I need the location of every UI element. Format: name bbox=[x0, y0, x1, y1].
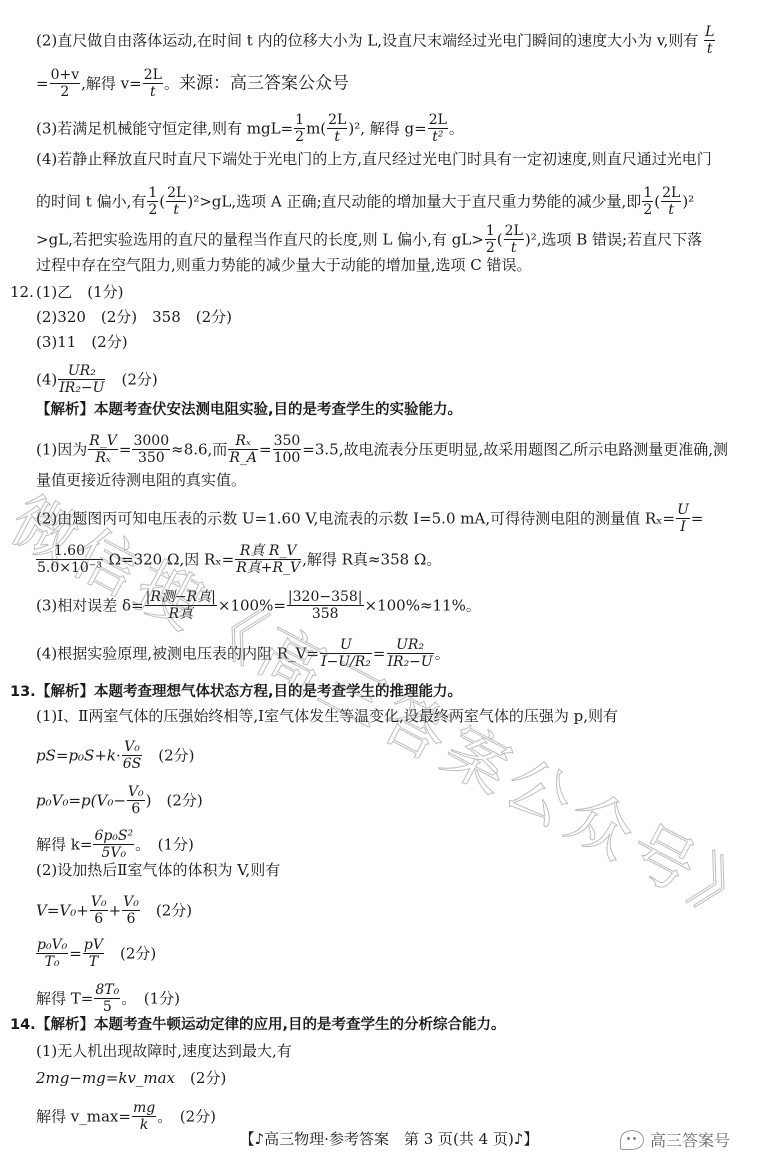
wechat-icon bbox=[620, 1130, 644, 1150]
q11-part4-line2: 的时间 t 偏小,有12(2Lt)²>gL,选项 A 正确;直尺动能的增加量大于… bbox=[36, 186, 694, 219]
fraction: UR₂IR₂−U bbox=[387, 637, 434, 670]
fraction: 6p₀S²5V₀ bbox=[93, 828, 134, 861]
fraction: 2Lt² bbox=[428, 112, 448, 145]
fraction: pVT bbox=[83, 937, 104, 970]
score: (1分) bbox=[144, 990, 180, 1008]
text: (2)直尺做自由落体运动,在时间 t 内的位移大小为 L,设直尺末端经过光电门瞬… bbox=[36, 32, 698, 50]
q13-eq1: pS=p₀S+k·V₀6S (2分) bbox=[36, 740, 195, 773]
fraction: 0+v2 bbox=[50, 67, 81, 100]
account-logo: 高三答案号 bbox=[620, 1128, 730, 1151]
fraction: |R测−R真|R真 bbox=[145, 589, 217, 622]
text: ,选项 B 错误;若直尺下落 bbox=[537, 231, 702, 249]
q11-part4-line4: 过程中存在空气阻力,则重力势能的减少量大于动能的增加量,选项 C 错误。 bbox=[36, 255, 532, 275]
q14-part1: (1)无人机出现故障时,速度达到最大,有 bbox=[36, 1041, 292, 1061]
score: (2分) bbox=[158, 747, 194, 765]
q13-eq2: p₀V₀=p(V₀−V₀6) (2分) bbox=[36, 785, 203, 818]
logo-text: 高三答案号 bbox=[650, 1128, 730, 1151]
fraction: 1.605.0×10⁻³ bbox=[36, 543, 103, 576]
fraction: |320−358|358 bbox=[287, 589, 364, 622]
q12-step2: (2)由题图丙可知电压表的示数 U=1.60 V,电流表的示数 I=5.0 mA… bbox=[36, 503, 703, 536]
text: 的时间 t 偏小,有 bbox=[36, 193, 146, 211]
q12-answer-3: (3)11 (2分) bbox=[36, 332, 128, 352]
q11-part4-line3: >gL,若把实验选用的直尺的量程当作直尺的长度,则 L 偏小,有 gL>12(2… bbox=[36, 224, 702, 257]
q13-eq6: 解得 T=8T₀5。 (1分) bbox=[36, 983, 180, 1016]
score: (1分) bbox=[158, 836, 194, 854]
fraction: V₀6S bbox=[122, 739, 143, 772]
text: (3)若满足机械能守恒定律,则有 mgL= bbox=[36, 120, 293, 138]
fraction: 12 bbox=[485, 223, 496, 256]
text: >gL,选项 A 正确;直尺动能的增加量大于直尺重力势能的减少量,即 bbox=[199, 193, 641, 211]
q13-part1: (1)Ⅰ、Ⅱ两室气体的压强始终相等,Ⅰ室气体发生等温变化,设最终两室气体的压强为… bbox=[36, 706, 618, 726]
q13-analysis-heading: 【解析】本题考查理想气体状态方程,目的是考查学生的推理能力。 bbox=[36, 682, 462, 702]
q12-step2-line2: 1.605.0×10⁻³ Ω=320 Ω,因 Rₓ=R真 R_VR真+R_V,解… bbox=[36, 544, 441, 577]
q12-step3: (3)相对误差 δ=|R测−R真|R真×100%=|320−358|358×10… bbox=[36, 590, 481, 623]
q11-part2-line1: (2)直尺做自由落体运动,在时间 t 内的位移大小为 L,设直尺末端经过光电门瞬… bbox=[36, 25, 716, 58]
fraction: V₀6 bbox=[127, 784, 145, 817]
text: 过程中存在空气阻力,则重力势能的减少量大于动能的增加量,选项 C 错误。 bbox=[36, 256, 532, 274]
fraction: V₀6 bbox=[122, 894, 140, 927]
q13-number: 13. bbox=[10, 682, 36, 702]
q13-eq3: 解得 k=6p₀S²5V₀。 (1分) bbox=[36, 829, 194, 862]
q13-eq4: V=V₀+V₀6+V₀6 (2分) bbox=[36, 895, 192, 928]
source-note: 来源：高三答案公众号 bbox=[179, 74, 349, 94]
q12-step1: (1)因为R_VRₓ=3000350≈8.6,而RₓR_A=350100=3.5… bbox=[36, 434, 728, 467]
score: (2分) bbox=[190, 1069, 226, 1087]
text: (4) bbox=[36, 371, 57, 389]
fraction: 2Lt bbox=[166, 185, 186, 218]
fraction: 2Lt bbox=[661, 185, 681, 218]
q12-step1-line2: 量值更接近待测电阻的真实值。 bbox=[36, 470, 246, 490]
q12-step4: (4)根据实验原理,被测电压表的内阻 R_V=UI−U/R₂=UR₂IR₂−U。 bbox=[36, 638, 450, 671]
text: m( bbox=[306, 120, 326, 138]
q11-part4-line1: (4)若静止释放直尺时直尺下端处于光电门的上方,直尺经过光电门时具有一定初速度,… bbox=[36, 149, 712, 169]
score: (2分) bbox=[121, 371, 157, 389]
text: 。 bbox=[164, 75, 179, 93]
q11-part2-line2: =0+v2,解得 v=2Lt。来源：高三答案公众号 bbox=[36, 68, 349, 101]
q14-analysis-heading: 【解析】本题考查牛顿运动定律的应用,目的是考查学生的分析综合能力。 bbox=[36, 1015, 506, 1035]
fraction: 8T₀5 bbox=[94, 982, 120, 1015]
fraction: 12 bbox=[294, 112, 305, 145]
text: = bbox=[36, 75, 49, 93]
score: (2分) bbox=[167, 792, 203, 810]
score: (2分) bbox=[156, 902, 192, 920]
q14-eq1: 2mg−mg=kv_max (2分) bbox=[36, 1068, 226, 1088]
score: (2分) bbox=[180, 1108, 216, 1126]
fraction: 2Lt bbox=[504, 223, 524, 256]
q12-answer-4: (4)UR₂IR₂−U (2分) bbox=[36, 364, 158, 397]
fraction: UR₂IR₂−U bbox=[58, 363, 105, 396]
fraction: R真 R_VR真+R_V bbox=[235, 543, 301, 576]
fraction: UI−U/R₂ bbox=[320, 637, 372, 670]
fraction: UI bbox=[676, 502, 690, 535]
fraction: Lt bbox=[704, 24, 715, 57]
text: )², 解得 g= bbox=[348, 120, 426, 138]
fraction: 350100 bbox=[273, 433, 302, 466]
text: 。 bbox=[449, 120, 464, 138]
q13-part2: (2)设加热后Ⅱ室气体的体积为 V,则有 bbox=[36, 860, 280, 880]
fraction: V₀6 bbox=[90, 894, 108, 927]
q14-number: 14. bbox=[10, 1015, 36, 1035]
fraction: 12 bbox=[642, 185, 653, 218]
text: ,解得 v= bbox=[81, 75, 142, 93]
q11-part3: (3)若满足机械能守恒定律,则有 mgL=12m(2Lt)², 解得 g=2Lt… bbox=[36, 113, 464, 146]
fraction: 3000350 bbox=[132, 433, 170, 466]
q12-number: 12. bbox=[10, 282, 34, 302]
q12-answer-1: (1)乙 (1分) bbox=[36, 282, 124, 302]
q13-eq5: p₀V₀T₀=pVT (2分) bbox=[36, 938, 156, 971]
fraction: 12 bbox=[147, 185, 158, 218]
fraction: p₀V₀T₀ bbox=[36, 937, 68, 970]
fraction: 2Lt bbox=[327, 112, 347, 145]
fraction: 2Lt bbox=[143, 67, 163, 100]
fraction: RₓR_A bbox=[228, 433, 258, 466]
fraction: R_VRₓ bbox=[88, 433, 118, 466]
q12-analysis-heading: 【解析】本题考查伏安法测电阻实验,目的是考查学生的实验能力。 bbox=[36, 400, 462, 420]
text: (4)若静止释放直尺时直尺下端处于光电门的上方,直尺经过光电门时具有一定初速度,… bbox=[36, 150, 712, 168]
q12-answer-2: (2)320 (2分) 358 (2分) bbox=[36, 307, 232, 327]
text: >gL,若把实验选用的直尺的量程当作直尺的长度,则 L 偏小,有 gL> bbox=[36, 231, 484, 249]
score: (2分) bbox=[120, 945, 156, 963]
